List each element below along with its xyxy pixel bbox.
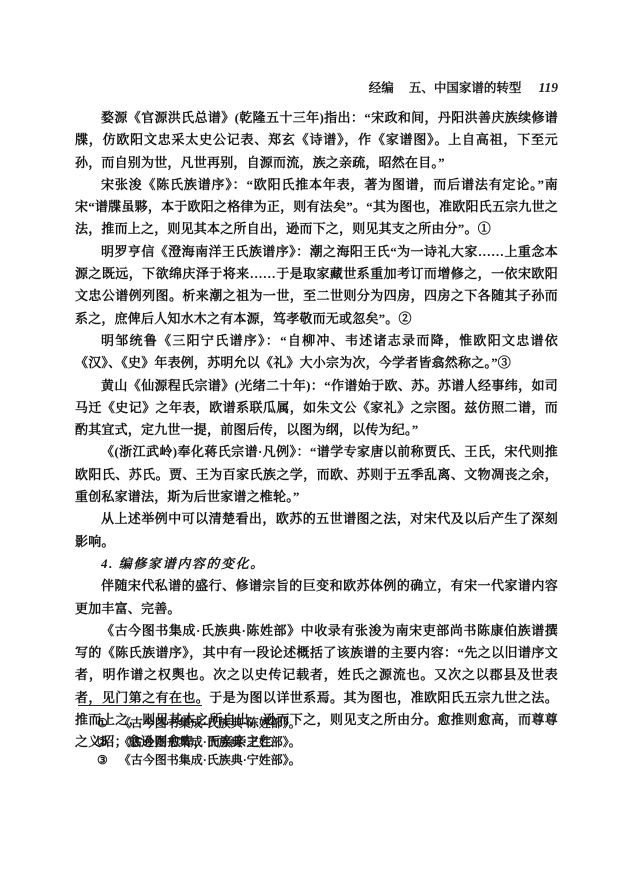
paragraph-quote-chengshi: 黄山《仙源程氏宗谱》(光绪二十年)：“作谱始于欧、苏。苏谱人经事纬，如司马迁《史… [75,375,558,442]
footnote-3: ③ 《古今图书集成·氏族典·宁姓部》。 [97,751,537,770]
footnote-3-marker: ③ [97,751,108,770]
paragraph-quote-ningshi: 明邹统鲁《三阳宁氏谱序》：“自柳冲、韦述诸志录而降，惟欧阳文忠谱依《汉》、《史》… [75,330,558,375]
footnote-separator [78,705,202,706]
paragraph-intro-content-change: 伴随宋代私谱的盛行、修谱宗旨的巨变和欧苏体例的确立，有宋一代家谱内容更加丰富、完… [75,575,558,620]
footnote-1-marker: ① [97,714,108,733]
paragraph-quote-hongshi: 婺源《官源洪氏总谱》(乾隆五十三年)指出：“宋政和间，丹阳洪善庆族续修谱牒，仿欧… [75,107,558,174]
footnote-2-marker: ② [97,733,108,752]
footnote-2-text: 《古今图书集成·氏族典·王姓部》。 [119,733,301,752]
subsection-heading: 4. 编修家谱内容的变化。 [75,553,558,575]
book-page: 经编 五、中国家谱的转型 119 婺源《官源洪氏总谱》(乾隆五十三年)指出：“宋… [0,0,634,888]
footnotes: ① 《古今图书集成·氏族典·陈姓部》。 ② 《古今图书集成·氏族典·王姓部》。 … [97,714,537,770]
paragraph-quote-jiangshi: 《(浙江武岭)奉化蒋氏宗谱·凡例》：“谱学专家唐以前称贾氏、王氏，宋代则推欧阳氏… [75,441,558,508]
page-number: 119 [538,80,558,95]
header-section-label: 经编 [369,81,394,95]
footnote-1: ① 《古今图书集成·氏族典·陈姓部》。 [97,714,537,733]
header-chapter-title: 五、中国家谱的转型 [409,81,522,95]
running-header: 经编 五、中国家谱的转型 119 [75,78,558,96]
paragraph-quote-chenshi: 宋张浚《陈氏族谱序》：“欧阳氏推本年表，著为图谱，而后谱法有定论。”南宋“谱牒虽… [75,174,558,241]
body-text: 婺源《官源洪氏总谱》(乾隆五十三年)指出：“宋政和间，丹阳洪善庆族续修谱牒，仿欧… [75,107,558,754]
paragraph-summary: 从上述举例中可以清楚看出，欧苏的五世谱图之法，对宋代及以后产生了深刻影响。 [75,508,558,553]
footnote-3-text: 《古今图书集成·氏族典·宁姓部》。 [119,751,301,770]
footnote-2: ② 《古今图书集成·氏族典·王姓部》。 [97,733,537,752]
footnote-1-text: 《古今图书集成·氏族典·陈姓部》。 [119,714,301,733]
paragraph-quote-wangshi: 明罗亨信《澄海南洋王氏族谱序》：潮之海阳王氏“为一诗礼大家……上重念本源之既远，… [75,241,558,330]
